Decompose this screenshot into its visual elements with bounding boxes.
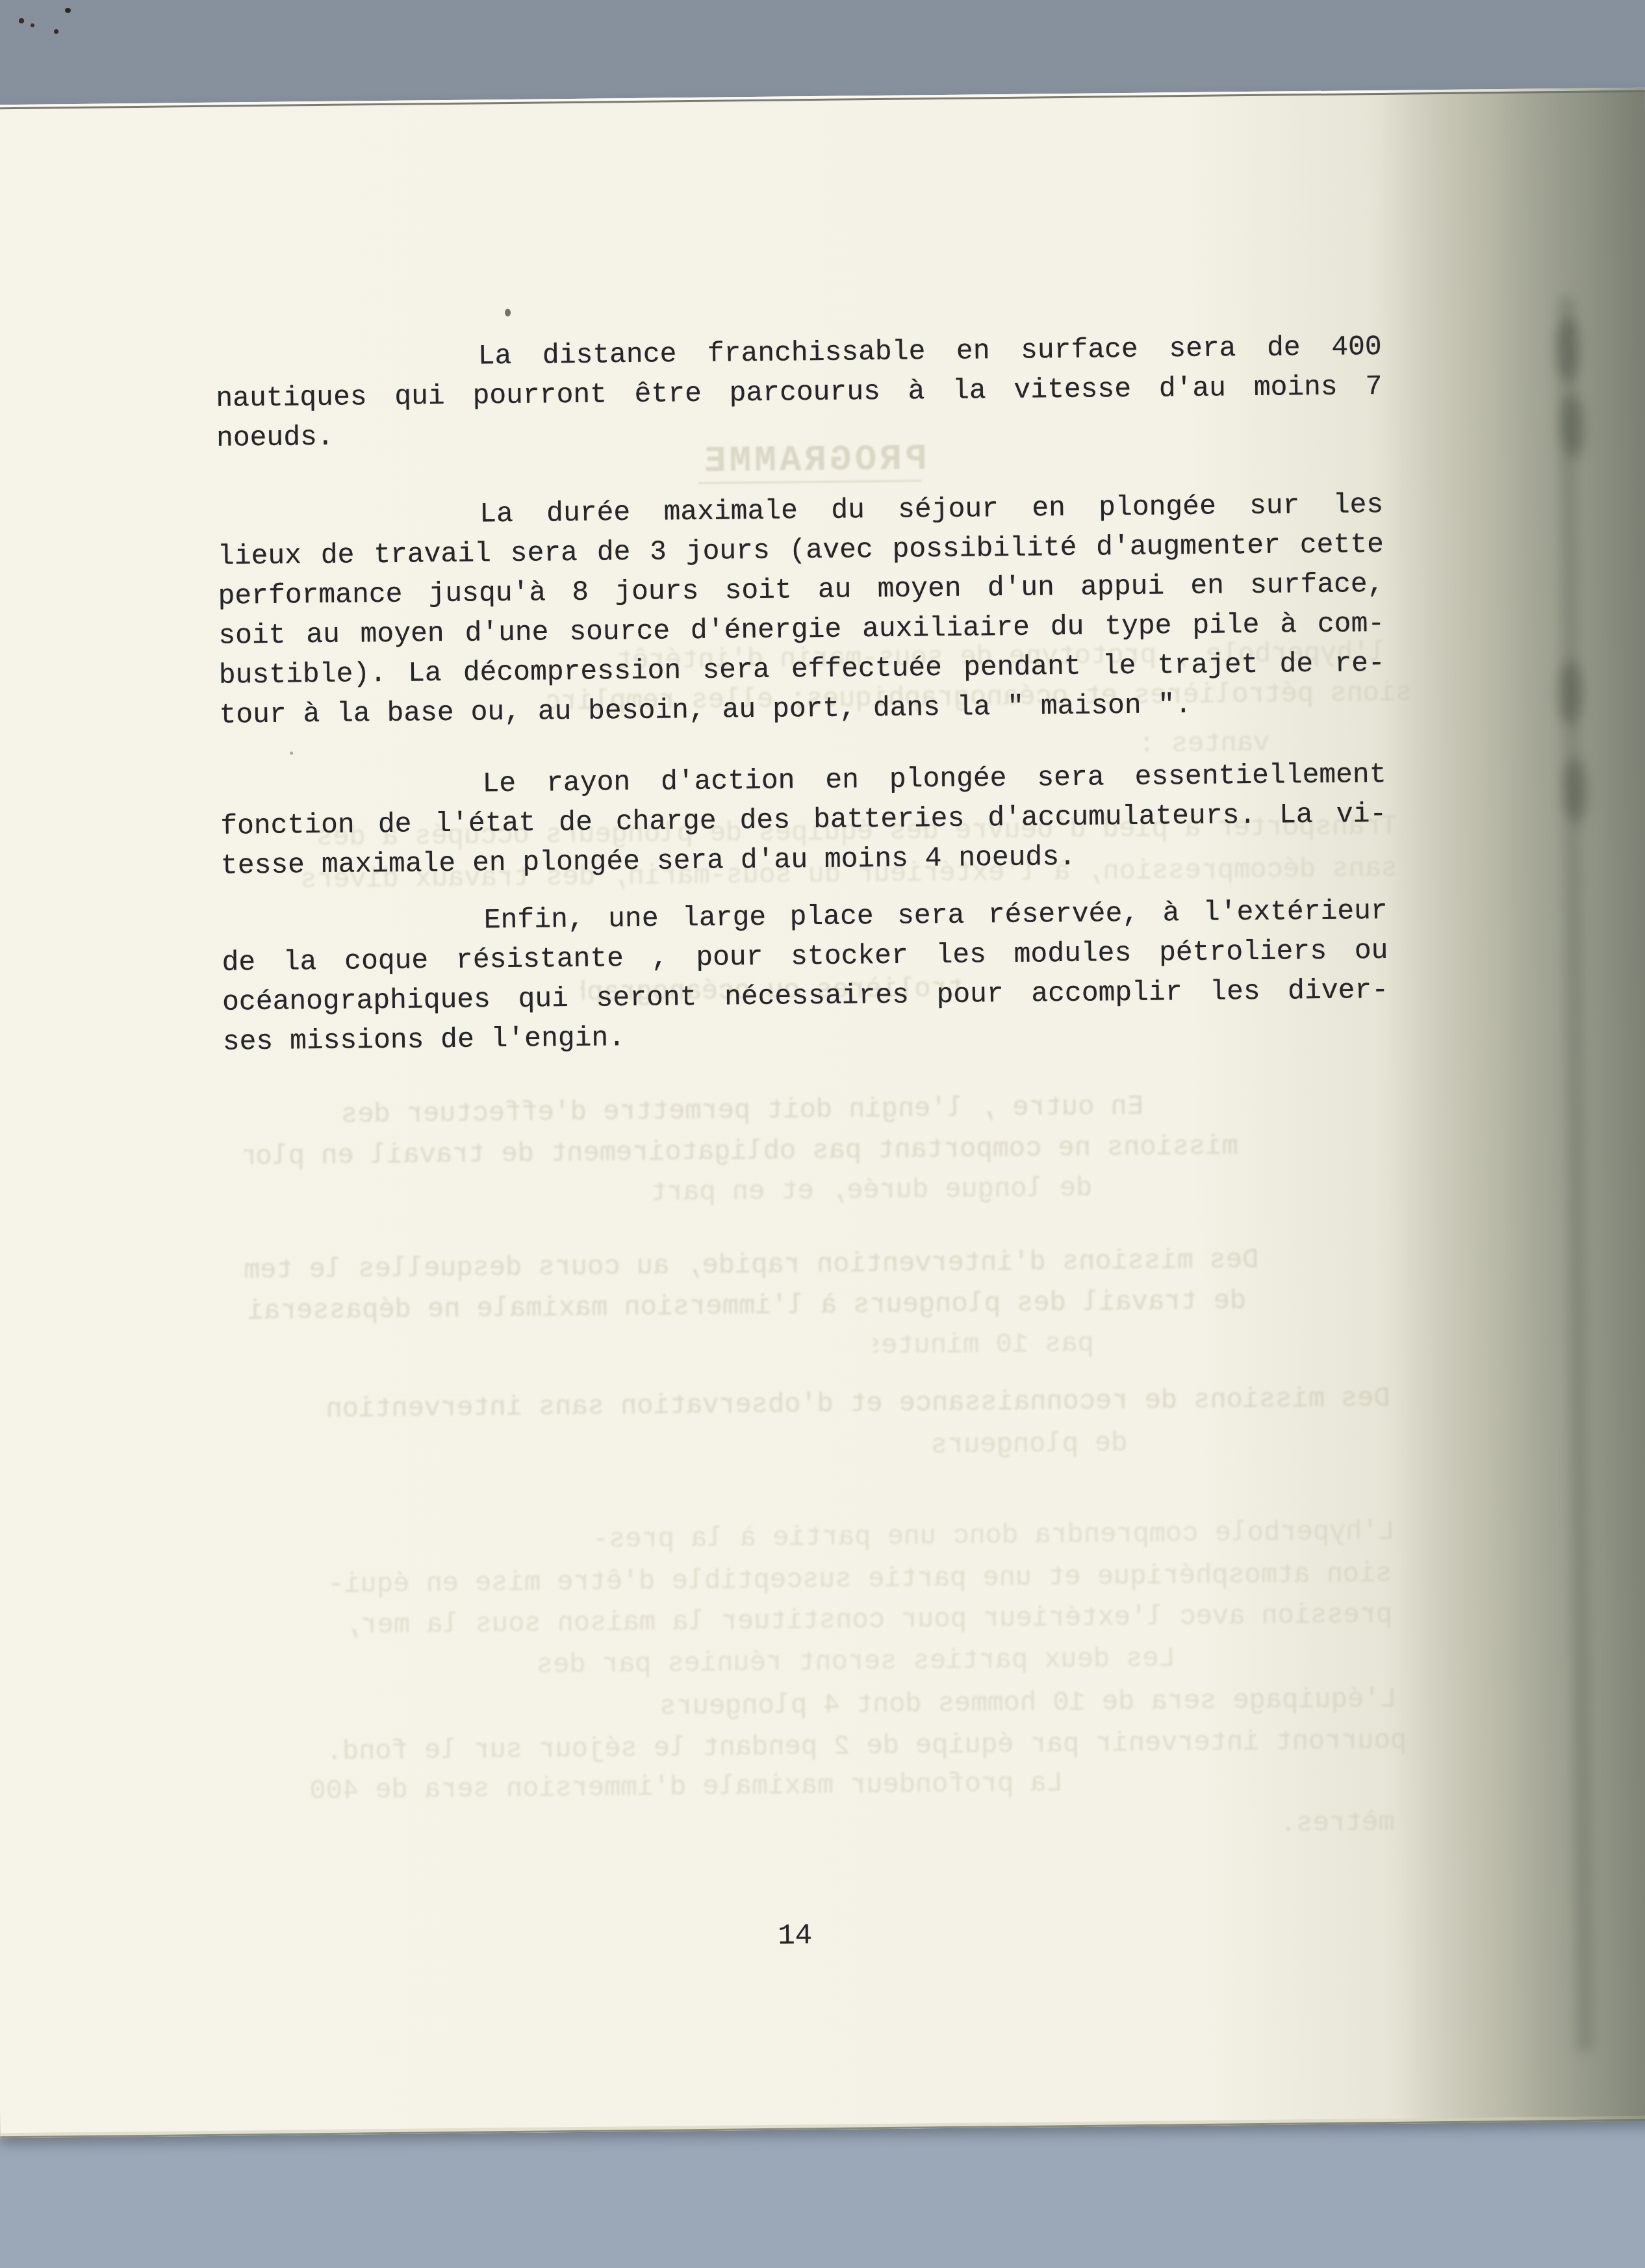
dust-speck xyxy=(54,29,58,34)
paper-speck xyxy=(290,752,293,755)
page-number: 14 xyxy=(778,1920,812,1953)
page-curl-shadow xyxy=(1366,88,1645,2124)
scanned-page: PROGRAMME l'hyperbole , prototype de sou… xyxy=(0,88,1645,2139)
dust-speck xyxy=(31,23,34,27)
scanner-background: PROGRAMME l'hyperbole , prototype de sou… xyxy=(0,0,1645,2268)
paper-speck xyxy=(505,309,511,316)
dust-speck xyxy=(65,8,71,13)
paragraph: La distance franchissable en surface ser… xyxy=(215,327,1383,458)
paragraph: Enfin, une large place sera réservée, à … xyxy=(222,891,1389,1062)
dust-speck xyxy=(19,18,24,23)
paragraph: La durée maximale du séjour en plongée s… xyxy=(217,485,1386,735)
paragraph: Le rayon d'action en plongée sera essent… xyxy=(220,754,1387,886)
